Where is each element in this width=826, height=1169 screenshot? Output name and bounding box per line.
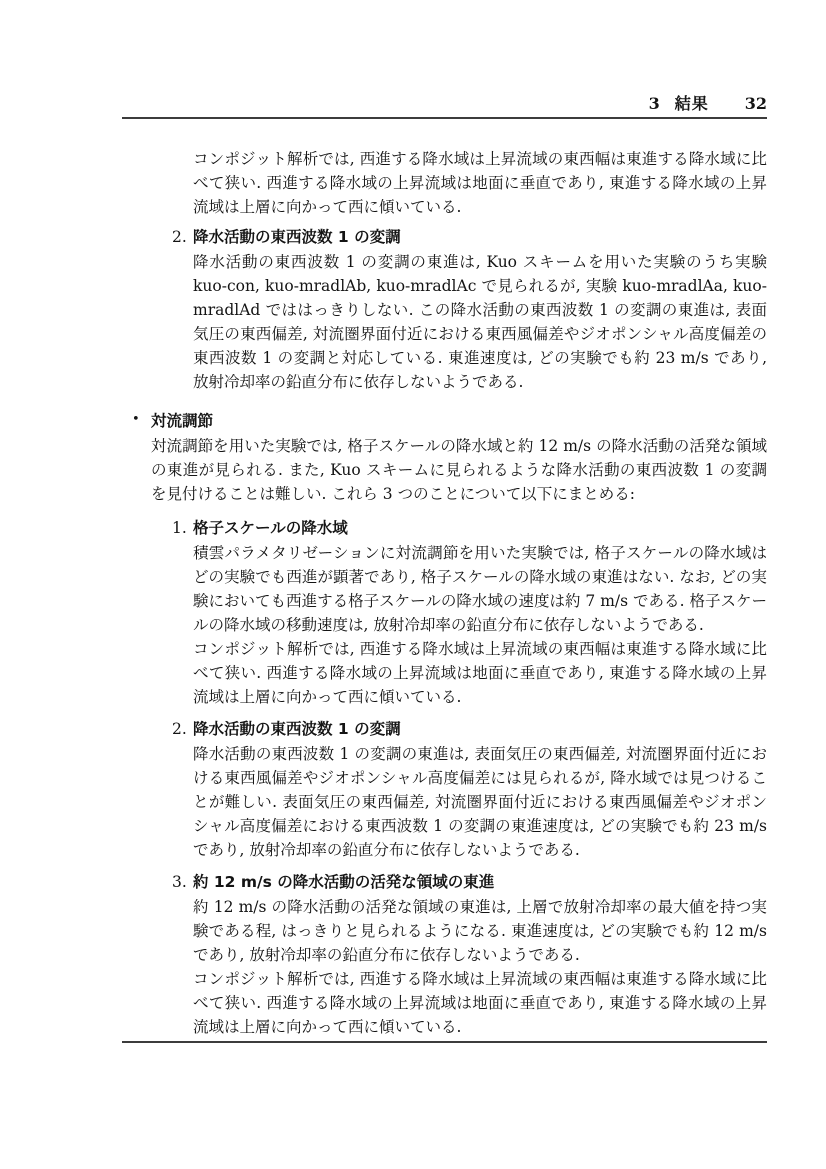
- numbered-sub-list: 1. 格子スケールの降水域 積雲パラメタリゼーションに対流調節を用いた実験では,…: [151, 516, 767, 1039]
- bullet-section-convective-adjustment: • 対流調節 対流調節を用いた実験では, 格子スケールの降水域と約 12 m/s…: [122, 409, 767, 1039]
- sub-item-1-number: 1.: [172, 516, 187, 540]
- enum-item-2-kuo: 2. 降水活動の東西波数 1 の変調 降水活動の東西波数 1 の変調の東進は, …: [193, 225, 767, 394]
- sub-item-2-paragraph-1: 降水活動の東西波数 1 の変調の東進は, 表面気圧の東西偏差, 対流圏界面付近に…: [193, 742, 767, 862]
- enum-item-title: 降水活動の東西波数 1 の変調: [193, 225, 767, 249]
- sub-item-3-number: 3.: [172, 870, 187, 894]
- document-page: 3結果32 コンポジット解析では, 西進する降水域は上昇流域の東西幅は東進する降…: [0, 0, 826, 1169]
- sub-item-2-title: 降水活動の東西波数 1 の変調: [193, 717, 767, 741]
- sub-item-1-title: 格子スケールの降水域: [193, 516, 767, 540]
- sub-item-3-paragraph-1: 約 12 m/s の降水活動の活発な領域の東進は, 上層で放射冷却率の最大値を持…: [193, 895, 767, 967]
- enum-item-number: 2.: [172, 225, 187, 249]
- sub-item-1: 1. 格子スケールの降水域 積雲パラメタリゼーションに対流調節を用いた実験では,…: [151, 516, 767, 709]
- sub-item-1-paragraph-2: コンポジット解析では, 西進する降水域は上昇流域の東西幅は東進する降水域に比べて…: [193, 637, 767, 709]
- footer-rule: [122, 1041, 767, 1043]
- sub-item-3-paragraph-2: コンポジット解析では, 西進する降水域は上昇流域の東西幅は東進する降水域に比べて…: [193, 967, 767, 1039]
- enum-item-paragraph: 降水活動の東西波数 1 の変調の東進は, Kuo スキームを用いた実験のうち実験…: [193, 250, 767, 394]
- sub-item-2-number: 2.: [172, 717, 187, 741]
- bullet-section-intro: 対流調節を用いた実験では, 格子スケールの降水域と約 12 m/s の降水活動の…: [151, 434, 767, 506]
- bullet-section-title: 対流調節: [151, 409, 767, 433]
- composite-analysis-paragraph: コンポジット解析では, 西進する降水域は上昇流域の東西幅は東進する降水域に比べて…: [193, 147, 767, 219]
- continued-enum-item: コンポジット解析では, 西進する降水域は上昇流域の東西幅は東進する降水域に比べて…: [122, 147, 767, 394]
- header-rule: [122, 117, 767, 119]
- header-page-number: 32: [745, 94, 767, 113]
- bullet-icon: •: [132, 408, 140, 432]
- page-content: コンポジット解析では, 西進する降水域は上昇流域の東西幅は東進する降水域に比べて…: [122, 147, 767, 1039]
- sub-item-2: 2. 降水活動の東西波数 1 の変調 降水活動の東西波数 1 の変調の東進は, …: [151, 717, 767, 862]
- header-section-number: 3: [649, 94, 661, 113]
- header-section-title: 結果: [675, 94, 709, 113]
- page-header: 3結果32: [122, 94, 767, 114]
- header-section: 3結果: [649, 94, 709, 113]
- sub-item-3: 3. 約 12 m/s の降水活動の活発な領域の東進 約 12 m/s の降水活…: [151, 870, 767, 1039]
- sub-item-3-title: 約 12 m/s の降水活動の活発な領域の東進: [193, 870, 767, 894]
- sub-item-1-paragraph-1: 積雲パラメタリゼーションに対流調節を用いた実験では, 格子スケールの降水域はどの…: [193, 541, 767, 637]
